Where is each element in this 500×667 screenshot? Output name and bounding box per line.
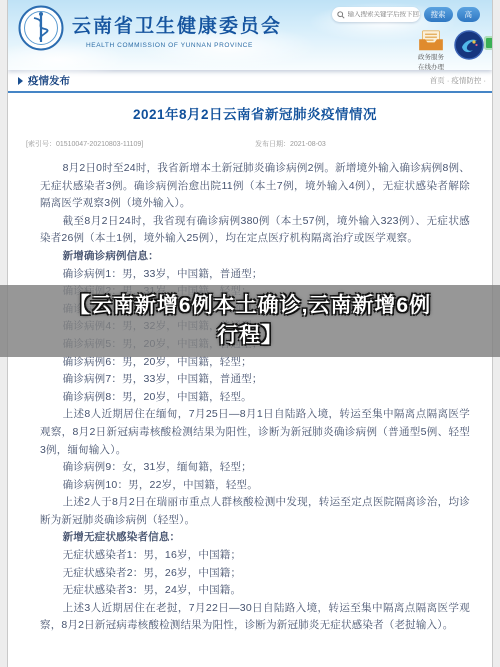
site-title: 云南省卫生健康委员会 — [72, 11, 282, 38]
triangle-bullet-icon — [18, 77, 23, 85]
brand-text: 云南省卫生健康委员会 HEALTH COMMISSION OF YUNNAN P… — [72, 5, 282, 49]
article-subheading: 新增确诊病例信息： — [40, 248, 470, 266]
watermark-line-2: 行程】 — [217, 321, 283, 351]
article-paragraph: 截至8月2日24时，我省现有确诊病例380例（本土57例，境外输入323例）、无… — [40, 213, 470, 248]
article-paragraph: 无症状感染者2：男，26岁，中国籍； — [40, 565, 470, 583]
site-brand[interactable]: 云南省卫生健康委员会 HEALTH COMMISSION OF YUNNAN P… — [18, 5, 282, 51]
search-button[interactable]: 搜索 — [424, 7, 453, 22]
article-paragraph: 上述3人近期居住在老挝，7月22日—30日自陆路入境，转运至集中隔离点隔离医学观… — [40, 600, 470, 635]
health-commission-logo-icon — [18, 5, 64, 51]
article-paragraph: 确诊病例1：男，33岁，中国籍，普通型； — [40, 266, 470, 284]
search-box[interactable] — [332, 7, 420, 22]
inbox-tray-icon — [418, 30, 444, 52]
article-paragraph: 上述2人于8月2日在瑞丽市重点人群核酸检测中发现，转运至定点医院隔离诊治，均诊断… — [40, 494, 470, 529]
gov-service-entry[interactable]: 政务服务 在线办理 — [414, 30, 448, 72]
article-paragraph: 无症状感染者1：男，16岁，中国籍； — [40, 547, 470, 565]
article-title: 2021年8月2日云南省新冠肺炎疫情情况 — [40, 103, 470, 123]
article-paragraph: 确诊病例8：男，20岁，中国籍，轻型。 — [40, 389, 470, 407]
search-input[interactable] — [348, 11, 420, 18]
breadcrumb[interactable]: 首页 · 疫情防控 · — [430, 75, 486, 86]
article-paragraph: 无症状感染者3：男，24岁，中国籍。 — [40, 582, 470, 600]
partial-widget-icon[interactable] — [484, 36, 493, 50]
article-paragraph: 确诊病例9：女，31岁，缅甸籍，轻型； — [40, 459, 470, 477]
article: 2021年8月2日云南省新冠肺炎疫情情况 [索引号：01510047-20210… — [8, 93, 492, 635]
article-subheading: 新增无症状感染者信息： — [40, 529, 470, 547]
watermark-line-1: 【云南新增6例本土确诊,云南新增6例 — [69, 291, 431, 321]
header-services: 政务服务 在线办理 — [414, 30, 484, 72]
advanced-search-button[interactable]: 高 — [457, 7, 481, 22]
gov-service-label-2: 在线办理 — [414, 64, 448, 72]
site-header: 云南省卫生健康委员会 HEALTH COMMISSION OF YUNNAN P… — [8, 0, 492, 70]
index-number: [索引号：01510047-20210803-11109] — [26, 139, 143, 149]
article-paragraph: 确诊病例10：男，22岁，中国籍，轻型。 — [40, 477, 470, 495]
article-body: 8月2日0时至24时，我省新增本土新冠肺炎确诊病例2例。新增境外输入确诊病例8例… — [40, 160, 470, 635]
national-platform-emblem-icon[interactable] — [454, 30, 484, 60]
article-paragraph: 8月2日0时至24时，我省新增本土新冠肺炎确诊病例2例。新增境外输入确诊病例8例… — [40, 160, 470, 213]
article-paragraph: 上述8人近期居住在缅甸，7月25日—8月1日自陆路入境，转运至集中隔离点隔离医学… — [40, 406, 470, 459]
publish-date: 发布日期：2021-08-03 — [255, 139, 326, 149]
search-icon — [337, 11, 345, 19]
gov-service-label-1: 政务服务 — [414, 54, 448, 62]
article-paragraph: 确诊病例7：男，33岁，中国籍，普通型； — [40, 371, 470, 389]
site-subtitle: HEALTH COMMISSION OF YUNNAN PROVINCE — [86, 42, 282, 49]
article-meta: [索引号：01510047-20210803-11109] 发布日期：2021-… — [40, 139, 470, 151]
header-search-area: 搜索 高 — [332, 7, 481, 22]
watermark-overlay: 【云南新增6例本土确诊,云南新增6例 行程】 — [0, 285, 500, 357]
